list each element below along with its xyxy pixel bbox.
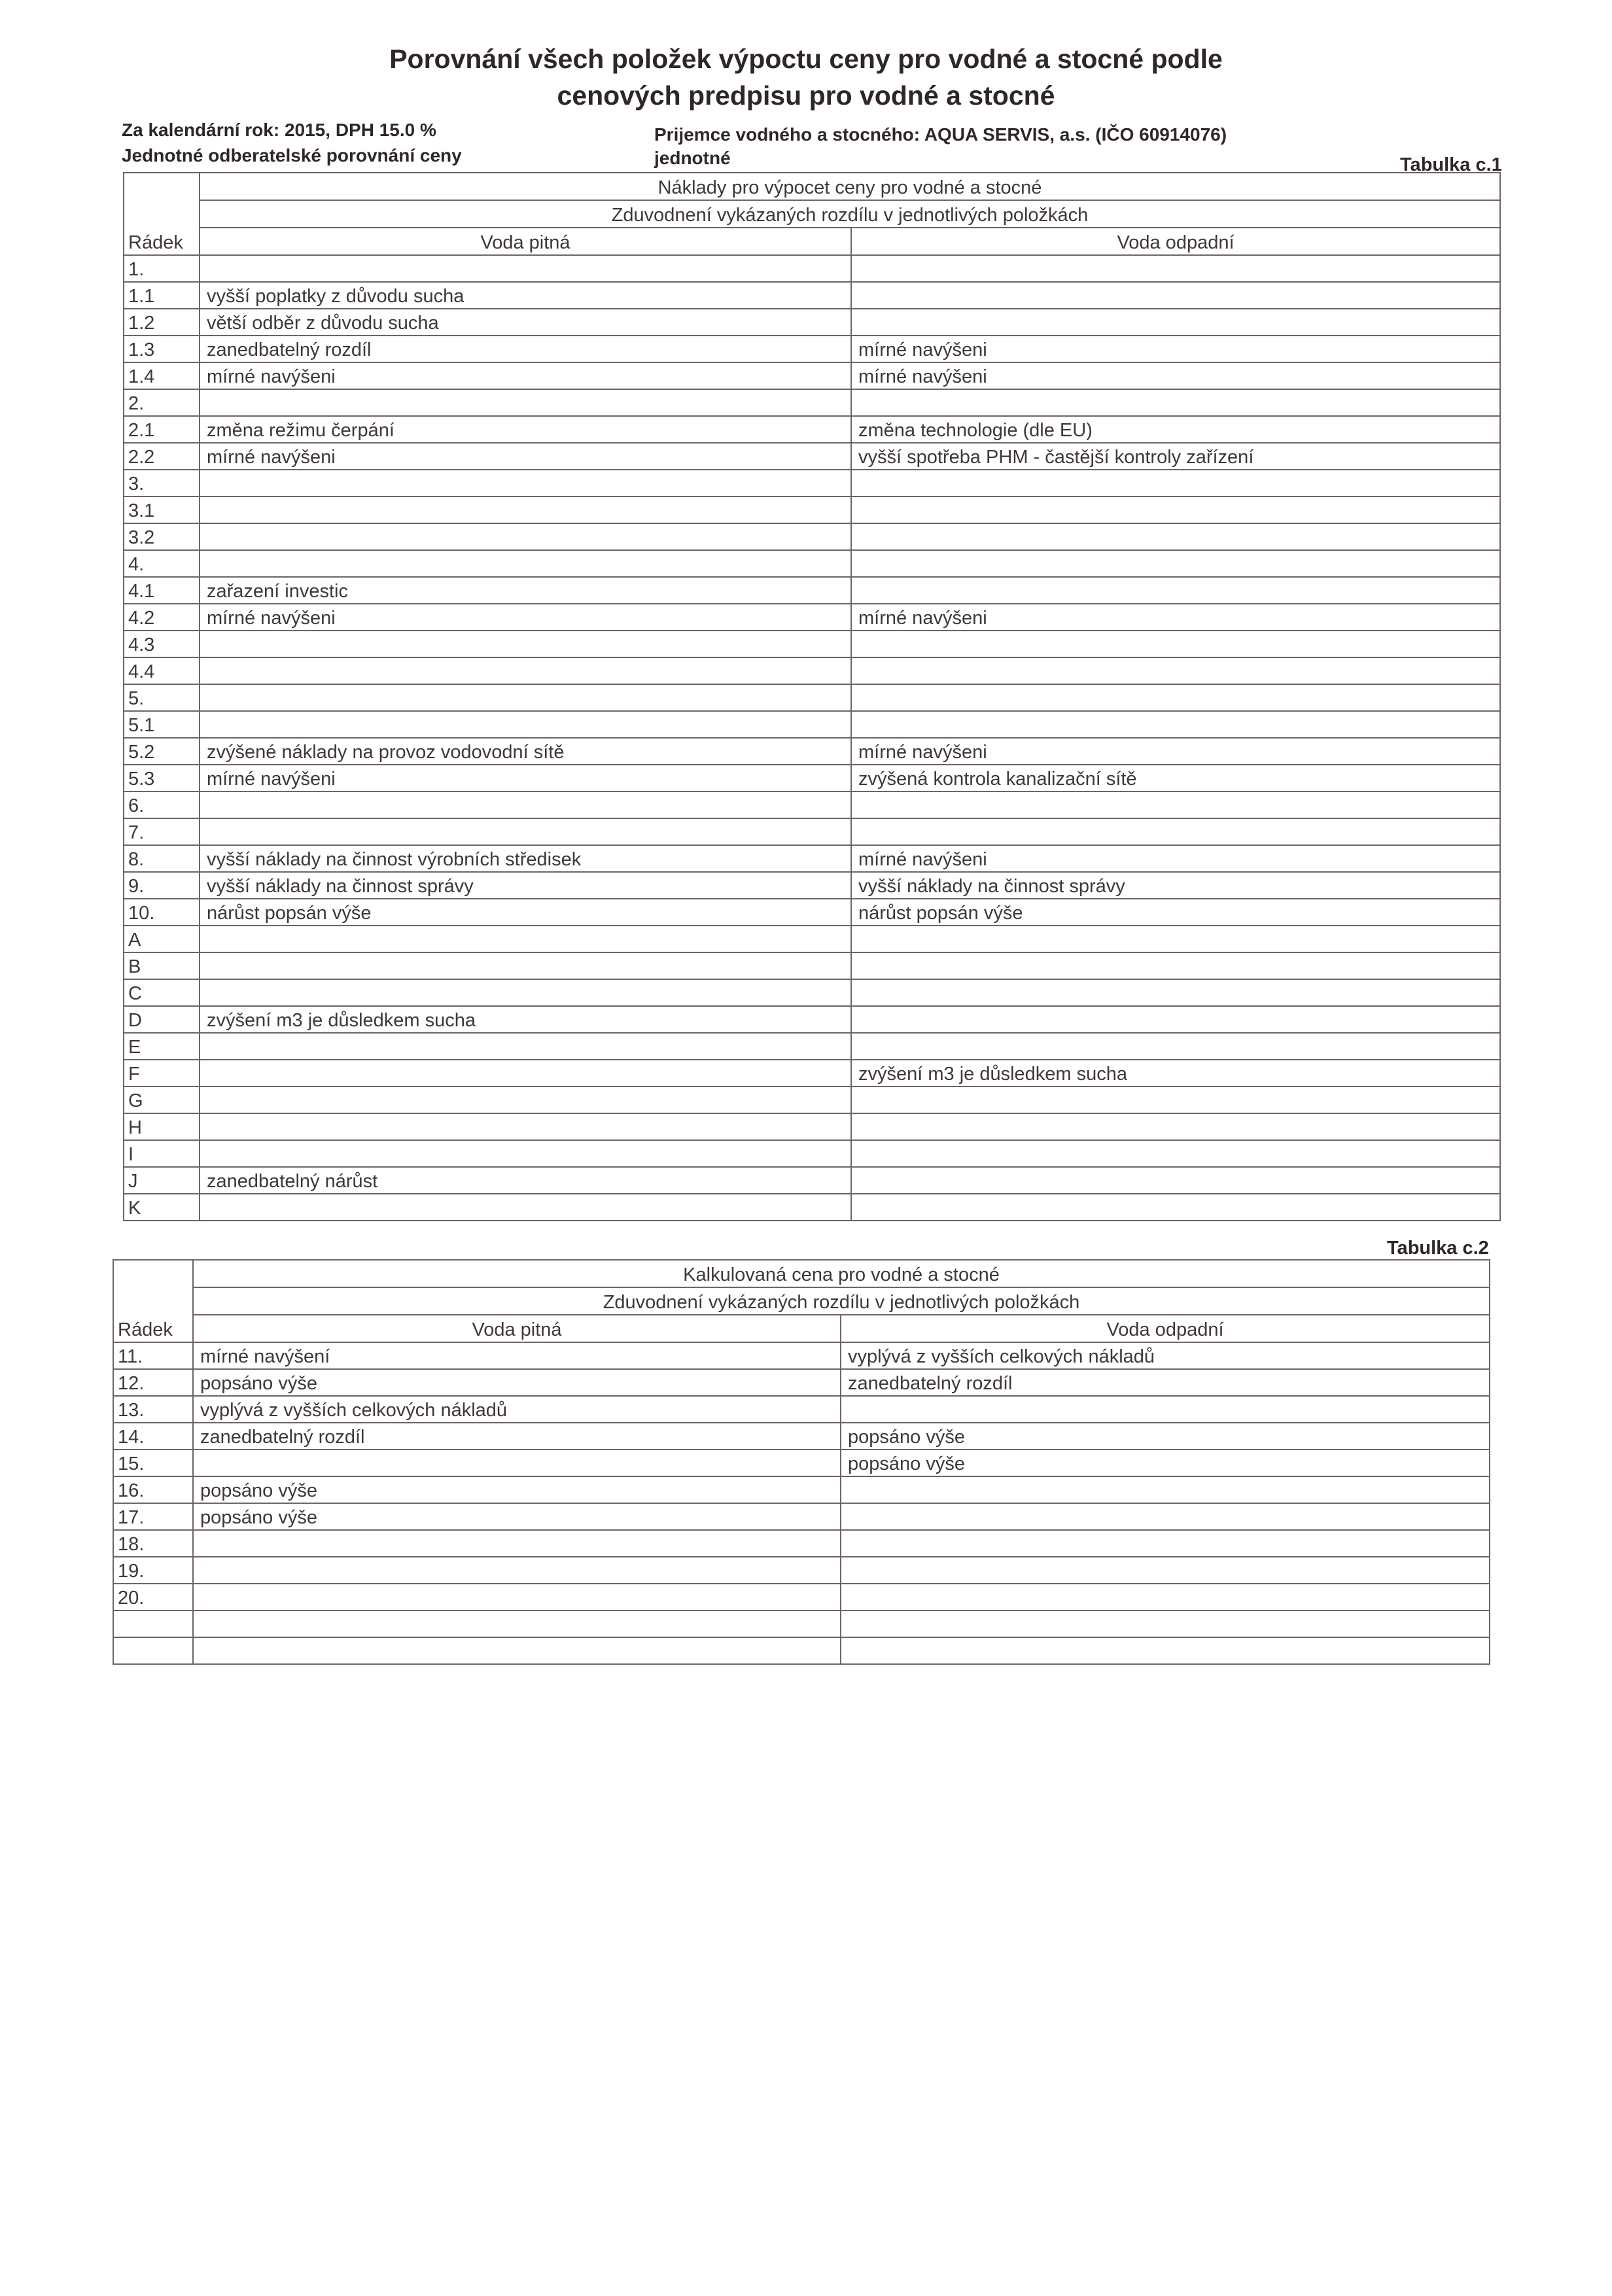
drinking-water-note: nárůst popsán výše [200, 899, 851, 926]
drinking-water-note: vyšší náklady na činnost výrobních střed… [200, 845, 851, 872]
drinking-water-note [193, 1557, 841, 1584]
table-row: 19. [113, 1557, 1490, 1584]
waste-water-note [851, 550, 1500, 577]
waste-water-note: zvýšená kontrola kanalizační sítě [851, 765, 1500, 791]
table-row [113, 1637, 1490, 1664]
drinking-water-note [200, 979, 851, 1006]
table-row: 2. [124, 389, 1500, 416]
drinking-water-note: mírné navýšeni [200, 443, 851, 470]
table-row: 5.3mírné navýšenizvýšená kontrola kanali… [124, 765, 1500, 791]
row-number: 1.2 [124, 309, 200, 336]
waste-water-note [851, 282, 1500, 309]
row-number: 7. [124, 818, 200, 845]
row-number: 3.1 [124, 496, 200, 523]
drinking-water-note: zanedbatelný rozdíl [193, 1423, 841, 1450]
row-number: 11. [113, 1342, 193, 1369]
drinking-water-note: vyplývá z vyšších celkových nákladů [193, 1396, 841, 1423]
waste-water-note [851, 1113, 1500, 1140]
waste-water-note: popsáno výše [841, 1423, 1490, 1450]
row-number: 3.2 [124, 523, 200, 550]
waste-water-note: mírné navýšeni [851, 362, 1500, 389]
row-number: 9. [124, 872, 200, 899]
drinking-water-note [200, 389, 851, 416]
row-number: I [124, 1140, 200, 1167]
waste-water-note [851, 657, 1500, 684]
waste-water-note: změna technologie (dle EU) [851, 416, 1500, 443]
column-header-drinking-water: Voda pitná [200, 228, 851, 255]
table-row: 5.1 [124, 711, 1500, 738]
waste-water-note [851, 979, 1500, 1006]
row-number: 15. [113, 1450, 193, 1476]
row-number: B [124, 952, 200, 979]
table-row: 2.1změna režimu čerpánízměna technologie… [124, 416, 1500, 443]
table-row: A [124, 926, 1500, 952]
drinking-water-note [193, 1450, 841, 1476]
waste-water-note [851, 470, 1500, 496]
waste-water-note: mírné navýšeni [851, 604, 1500, 631]
table2-header-sub: Zduvodnení vykázaných rozdílu v jednotli… [193, 1287, 1490, 1315]
table-row: C [124, 979, 1500, 1006]
table-row: 1.4mírné navýšenimírné navýšeni [124, 362, 1500, 389]
row-number: 1. [124, 255, 200, 282]
waste-water-note [851, 496, 1500, 523]
calendar-year: Za kalendární rok: 2015, DPH 15.0 % [122, 120, 436, 141]
row-number: 16. [113, 1476, 193, 1503]
row-number: H [124, 1113, 200, 1140]
drinking-water-note [200, 1194, 851, 1221]
table-row: 4.1zařazení investic [124, 577, 1500, 604]
drinking-water-note [200, 711, 851, 738]
row-number: 10. [124, 899, 200, 926]
table-row: 3.2 [124, 523, 1500, 550]
drinking-water-note [193, 1610, 841, 1637]
column-header-row: Rádek [124, 173, 200, 255]
drinking-water-note [200, 1087, 851, 1113]
drinking-water-note [200, 926, 851, 952]
row-number: 4.4 [124, 657, 200, 684]
table-row: 14.zanedbatelný rozdílpopsáno výše [113, 1423, 1490, 1450]
waste-water-note [851, 926, 1500, 952]
table-row: 18. [113, 1530, 1490, 1557]
drinking-water-note [200, 631, 851, 657]
comparison-type: Jednotné odberatelské porovnání ceny [122, 145, 462, 166]
row-number: 3. [124, 470, 200, 496]
drinking-water-note: popsáno výše [193, 1503, 841, 1530]
table-row: 1.3zanedbatelný rozdílmírné navýšeni [124, 336, 1500, 362]
recipient: Prijemce vodného a stocného: AQUA SERVIS… [654, 124, 1227, 145]
row-number [113, 1610, 193, 1637]
drinking-water-note: vyšší poplatky z důvodu sucha [200, 282, 851, 309]
row-number: 13. [113, 1396, 193, 1423]
drinking-water-note: zanedbatelný rozdíl [200, 336, 851, 362]
waste-water-note [851, 1087, 1500, 1113]
table-row: 10.nárůst popsán výšenárůst popsán výše [124, 899, 1500, 926]
table-row: B [124, 952, 1500, 979]
row-number: 20. [113, 1584, 193, 1610]
waste-water-note: popsáno výše [841, 1450, 1490, 1476]
table-row: 2.2mírné navýšenivyšší spotřeba PHM - ča… [124, 443, 1500, 470]
drinking-water-note [200, 1113, 851, 1140]
waste-water-note [851, 684, 1500, 711]
waste-water-note [851, 309, 1500, 336]
table1-header-main: Náklady pro výpocet ceny pro vodné a sto… [200, 173, 1500, 200]
table-row: 4. [124, 550, 1500, 577]
waste-water-note [851, 1006, 1500, 1033]
table-row: I [124, 1140, 1500, 1167]
row-number: 1.4 [124, 362, 200, 389]
drinking-water-note [200, 1060, 851, 1087]
table2-label: Tabulka c.2 [1387, 1238, 1489, 1259]
row-number [113, 1637, 193, 1664]
row-number: 5. [124, 684, 200, 711]
row-number: 2. [124, 389, 200, 416]
table-row: 5.2zvýšené náklady na provoz vodovodní s… [124, 738, 1500, 765]
row-number: 18. [113, 1530, 193, 1557]
waste-water-note [841, 1637, 1490, 1664]
row-number: E [124, 1033, 200, 1060]
table-row: 3. [124, 470, 1500, 496]
drinking-water-note [200, 470, 851, 496]
drinking-water-note: popsáno výše [193, 1476, 841, 1503]
waste-water-note [851, 577, 1500, 604]
table-row: 1. [124, 255, 1500, 282]
recipient-sub: jednotné [654, 148, 731, 169]
table1-header-sub: Zduvodnení vykázaných rozdílu v jednotli… [200, 200, 1500, 228]
row-number: C [124, 979, 200, 1006]
drinking-water-note [200, 496, 851, 523]
drinking-water-note [200, 1033, 851, 1060]
table-row: 7. [124, 818, 1500, 845]
drinking-water-note: mírné navýšeni [200, 765, 851, 791]
drinking-water-note [193, 1584, 841, 1610]
row-number: J [124, 1167, 200, 1194]
drinking-water-note [200, 255, 851, 282]
row-number: 5.3 [124, 765, 200, 791]
drinking-water-note: změna režimu čerpání [200, 416, 851, 443]
table-row: Fzvýšení m3 je důsledkem sucha [124, 1060, 1500, 1087]
table-row: E [124, 1033, 1500, 1060]
drinking-water-note: vyšší náklady na činnost správy [200, 872, 851, 899]
table-row: 13.vyplývá z vyšších celkových nákladů [113, 1396, 1490, 1423]
waste-water-note: nárůst popsán výše [851, 899, 1500, 926]
drinking-water-note: zanedbatelný nárůst [200, 1167, 851, 1194]
row-number: 1.1 [124, 282, 200, 309]
drinking-water-note [200, 952, 851, 979]
table-row: 20. [113, 1584, 1490, 1610]
drinking-water-note [200, 791, 851, 818]
row-number: 2.1 [124, 416, 200, 443]
row-number: 4.1 [124, 577, 200, 604]
drinking-water-note: zařazení investic [200, 577, 851, 604]
row-number: D [124, 1006, 200, 1033]
waste-water-note [841, 1530, 1490, 1557]
waste-water-note [851, 952, 1500, 979]
waste-water-note: vyšší náklady na činnost správy [851, 872, 1500, 899]
row-number: 5.1 [124, 711, 200, 738]
row-number: 8. [124, 845, 200, 872]
row-number: 1.3 [124, 336, 200, 362]
column-header-drinking-water: Voda pitná [193, 1315, 841, 1342]
row-number: A [124, 926, 200, 952]
drinking-water-note [200, 523, 851, 550]
waste-water-note [841, 1557, 1490, 1584]
table-row: 17.popsáno výše [113, 1503, 1490, 1530]
waste-water-note [851, 631, 1500, 657]
waste-water-note [851, 255, 1500, 282]
drinking-water-note [193, 1530, 841, 1557]
drinking-water-note [200, 1140, 851, 1167]
waste-water-note: mírné navýšeni [851, 738, 1500, 765]
row-number: 5.2 [124, 738, 200, 765]
row-number: F [124, 1060, 200, 1087]
table-row: Jzanedbatelný nárůst [124, 1167, 1500, 1194]
waste-water-note [841, 1396, 1490, 1423]
waste-water-note: zvýšení m3 je důsledkem sucha [851, 1060, 1500, 1087]
table-row [113, 1610, 1490, 1637]
table-row: 16.popsáno výše [113, 1476, 1490, 1503]
row-number: 6. [124, 791, 200, 818]
table-row: H [124, 1113, 1500, 1140]
table-row: 8.vyšší náklady na činnost výrobních stř… [124, 845, 1500, 872]
table-row: 1.2větší odběr z důvodu sucha [124, 309, 1500, 336]
drinking-water-note: zvýšené náklady na provoz vodovodní sítě [200, 738, 851, 765]
waste-water-note: mírné navýšeni [851, 336, 1500, 362]
row-number: 17. [113, 1503, 193, 1530]
drinking-water-note: popsáno výše [193, 1369, 841, 1396]
table-row: 5. [124, 684, 1500, 711]
waste-water-note: vyšší spotřeba PHM - častější kontroly z… [851, 443, 1500, 470]
waste-water-note: vyplývá z vyšších celkových nákladů [841, 1342, 1490, 1369]
drinking-water-note [200, 657, 851, 684]
column-header-waste-water: Voda odpadní [851, 228, 1500, 255]
column-header-row: Rádek [113, 1260, 193, 1342]
table-row: 4.2mírné navýšenimírné navýšeni [124, 604, 1500, 631]
table2-header-main: Kalkulovaná cena pro vodné a stocné [193, 1260, 1490, 1287]
waste-water-note [851, 711, 1500, 738]
title-line-2: cenových predpisu pro vodné a stocné [0, 77, 1612, 114]
waste-water-note [851, 791, 1500, 818]
waste-water-note [841, 1476, 1490, 1503]
waste-water-note: zanedbatelný rozdíl [841, 1369, 1490, 1396]
waste-water-note [841, 1503, 1490, 1530]
table-row: 1.1vyšší poplatky z důvodu sucha [124, 282, 1500, 309]
drinking-water-note [193, 1637, 841, 1664]
row-number: 2.2 [124, 443, 200, 470]
waste-water-note: mírné navýšeni [851, 845, 1500, 872]
row-number: 12. [113, 1369, 193, 1396]
table-row: 4.3 [124, 631, 1500, 657]
column-header-waste-water: Voda odpadní [841, 1315, 1490, 1342]
waste-water-note [851, 1194, 1500, 1221]
table-row: 3.1 [124, 496, 1500, 523]
row-number: 14. [113, 1423, 193, 1450]
drinking-water-note [200, 550, 851, 577]
table-row: K [124, 1194, 1500, 1221]
drinking-water-note [200, 818, 851, 845]
waste-water-note [851, 389, 1500, 416]
title-line-1: Porovnání všech položek výpoctu ceny pro… [0, 41, 1612, 77]
drinking-water-note: mírné navýšení [193, 1342, 841, 1369]
table-row: 9.vyšší náklady na činnost správyvyšší n… [124, 872, 1500, 899]
drinking-water-note: zvýšení m3 je důsledkem sucha [200, 1006, 851, 1033]
table-row: 12.popsáno výšezanedbatelný rozdíl [113, 1369, 1490, 1396]
table-1: Rádek Náklady pro výpocet ceny pro vodné… [123, 172, 1501, 1221]
table-2: Rádek Kalkulovaná cena pro vodné a stocn… [113, 1259, 1490, 1665]
table-row: 4.4 [124, 657, 1500, 684]
row-number: K [124, 1194, 200, 1221]
table-row: 11.mírné navýšenívyplývá z vyšších celko… [113, 1342, 1490, 1369]
waste-water-note [851, 523, 1500, 550]
waste-water-note [841, 1610, 1490, 1637]
row-number: 4.2 [124, 604, 200, 631]
table-row: 6. [124, 791, 1500, 818]
drinking-water-note [200, 684, 851, 711]
waste-water-note [851, 1140, 1500, 1167]
drinking-water-note: větší odběr z důvodu sucha [200, 309, 851, 336]
row-number: 4. [124, 550, 200, 577]
document-title: Porovnání všech položek výpoctu ceny pro… [0, 41, 1612, 114]
table-row: Dzvýšení m3 je důsledkem sucha [124, 1006, 1500, 1033]
row-number: 19. [113, 1557, 193, 1584]
table-row: G [124, 1087, 1500, 1113]
drinking-water-note: mírné navýšeni [200, 362, 851, 389]
row-number: 4.3 [124, 631, 200, 657]
waste-water-note [851, 1167, 1500, 1194]
row-number: G [124, 1087, 200, 1113]
waste-water-note [841, 1584, 1490, 1610]
drinking-water-note: mírné navýšeni [200, 604, 851, 631]
waste-water-note [851, 1033, 1500, 1060]
waste-water-note [851, 818, 1500, 845]
table-row: 15.popsáno výše [113, 1450, 1490, 1476]
